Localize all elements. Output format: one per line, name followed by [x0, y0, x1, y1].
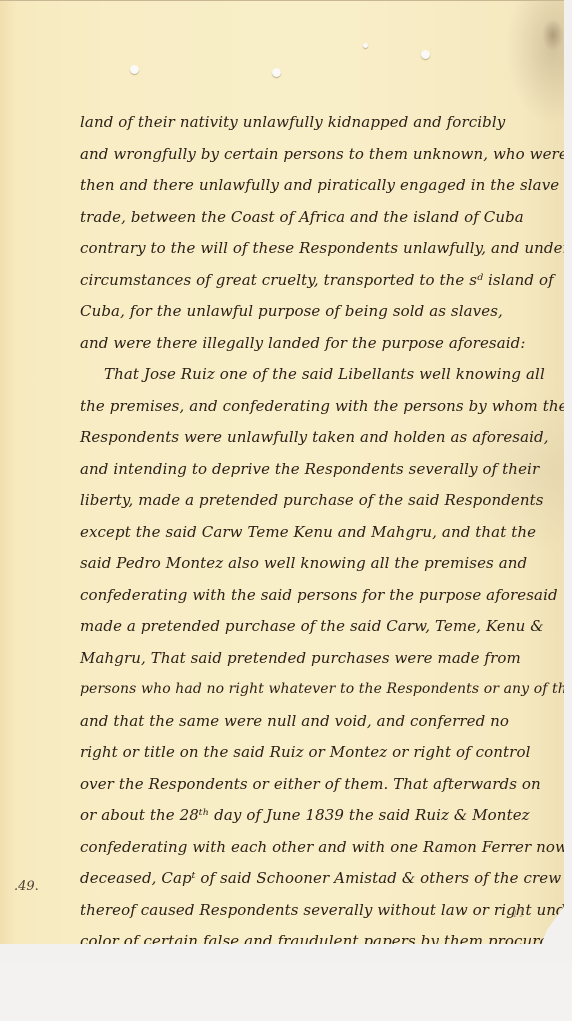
pencil-mark: 11 — [512, 909, 525, 920]
text-line: fraudently used for that purpose to be p… — [80, 958, 570, 965]
folio-number: .49. — [14, 879, 39, 894]
text-line: then and there unlawfully and piraticall… — [80, 170, 570, 202]
text-line: and intending to deprive the Respondents… — [80, 454, 570, 486]
paper-stain — [542, 19, 564, 51]
text-line: confederating with each other and with o… — [80, 832, 570, 864]
text-line: right or title on the said Ruiz or Monte… — [80, 737, 570, 769]
text-line: and wrongfully by certain persons to the… — [80, 139, 570, 171]
text-line: land of their nativity unlawfully kidnap… — [80, 107, 570, 139]
binding-hole — [272, 68, 281, 77]
text-line: confederating with the said persons for … — [80, 580, 570, 612]
text-line: the premises, and confederating with the… — [80, 391, 570, 423]
text-line: trade, between the Coast of Africa and t… — [80, 202, 570, 234]
text-line: or about the 28ᵗʰ day of June 1839 the s… — [80, 800, 570, 832]
text-line: Respondents were unlawfully taken and ho… — [80, 422, 570, 454]
paragraph-start-line: That Jose Ruiz one of the said Libellant… — [80, 359, 570, 391]
text-line: said Pedro Montez also well knowing all … — [80, 548, 570, 580]
text-line: made a pretended purchase of the said Ca… — [80, 611, 570, 643]
text-line: except the said Carw Teme Kenu and Mahgr… — [80, 517, 570, 549]
binding-hole — [363, 43, 368, 48]
binding-hole — [421, 50, 430, 59]
text-line: Mahgru, That said pretended purchases we… — [80, 643, 570, 675]
text-line: contrary to the will of these Respondent… — [80, 233, 570, 265]
manuscript-paper: land of their nativity unlawfully kidnap… — [0, 0, 564, 944]
text-line: Cuba, for the unlawful purpose of being … — [80, 296, 570, 328]
text-line: and that the same were null and void, an… — [80, 706, 570, 738]
text-line: liberty, made a pretended purchase of th… — [80, 485, 570, 517]
text-line: thereof caused Respondents severally wit… — [80, 895, 570, 927]
text-line: deceased, Capᵗ of said Schooner Amistad … — [80, 863, 570, 895]
binding-hole — [130, 65, 139, 74]
text-line: color of certain false and fraudulent pa… — [80, 926, 570, 958]
text-line: circumstances of great cruelty, transpor… — [80, 265, 570, 297]
text-line: and were there illegally landed for the … — [80, 328, 570, 360]
manuscript-text: land of their nativity unlawfully kidnap… — [80, 107, 570, 964]
text-line: persons who had no right whatever to the… — [80, 674, 570, 706]
text-line: over the Respondents or either of them. … — [80, 769, 570, 801]
scanned-page: land of their nativity unlawfully kidnap… — [0, 0, 572, 964]
